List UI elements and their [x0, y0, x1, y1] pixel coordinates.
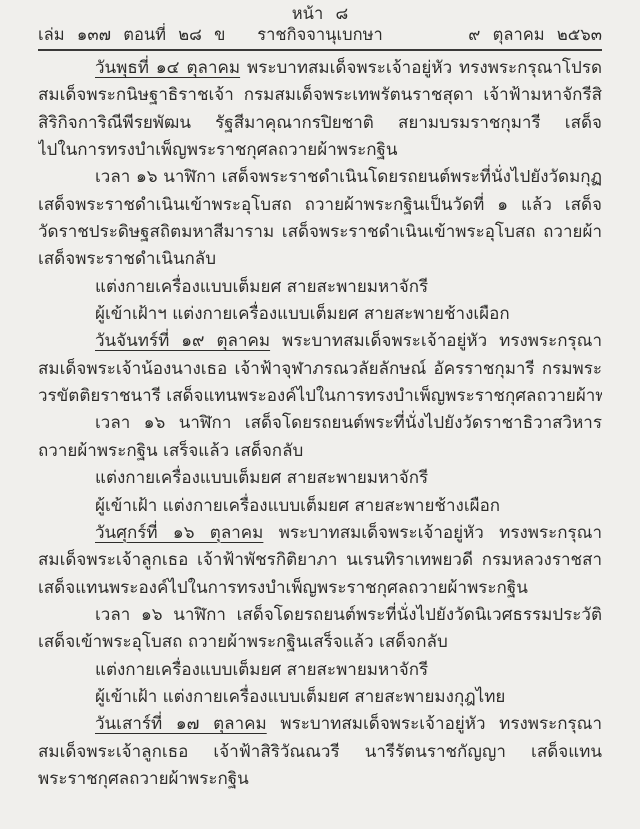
document-line: สิริกิจการิณีพีรยพัฒน รัฐสีมาคุณากรปิยชา…	[38, 110, 602, 137]
document-line: เสด็จเข้าพระอุโบสถ ถวายผ้าพระกฐินเสร็จแล…	[38, 629, 602, 656]
date-heading: วันจันทร์ที่ ๑๙ ตุลาคม	[95, 331, 270, 351]
document-line: เวลา ๑๖ นาฬิกา เสด็จโดยรถยนต์พระที่นั่งไ…	[38, 410, 602, 437]
document-line: วันศุกร์ที่ ๑๖ ตุลาคม พระบาทสมเด็จพระเจ้…	[38, 520, 602, 547]
document-line: ผู้เข้าเฝ้า แต่งกายเครื่องแบบเต็มยศ สายส…	[38, 684, 602, 711]
document-line: วัดราชประดิษฐสถิตมหาสีมาราม เสด็จพระราชด…	[38, 219, 602, 246]
issue-date: ๙ ตุลาคม ๒๕๖๓	[383, 25, 602, 45]
document-line: ถวายผ้าพระกฐิน เสร็จแล้ว เสด็จกลับ	[38, 438, 602, 465]
document-line: ผู้เข้าเฝ้าฯ แต่งกายเครื่องแบบเต็มยศ สาย…	[38, 301, 602, 328]
document-line: สมเด็จพระเจ้าน้องนางเธอ เจ้าฟ้าจุฬาภรณวล…	[38, 356, 602, 383]
document-line: พระราชกุศลถวายผ้าพระกฐิน	[38, 766, 602, 793]
document-line: แต่งกายเครื่องแบบเต็มยศ สายสะพายมหาจักรี	[38, 274, 602, 301]
document-line: เวลา ๑๖ นาฬิกา เสด็จโดยรถยนต์พระที่นั่งไ…	[38, 602, 602, 629]
document-line: เสด็จพระราชดำเนินเข้าพระอุโบสถ ถวายผ้าพร…	[38, 192, 602, 219]
document-line: แต่งกายเครื่องแบบเต็มยศ สายสะพายมหาจักรี	[38, 657, 602, 684]
document-line: ไปในการทรงบำเพ็ญพระราชกุศลถวายผ้าพระกฐิน	[38, 137, 602, 164]
date-heading: วันเสาร์ที่ ๑๗ ตุลาคม	[95, 714, 267, 734]
document-line: เสด็จพระราชดำเนินกลับ	[38, 246, 602, 273]
page-number-label: หน้า ๘	[38, 3, 602, 24]
date-heading: วันพุธที่ ๑๔ ตุลาคม	[95, 58, 240, 78]
document-line: วรขัตติยราชนารี เสด็จแทนพระองค์ไปในการทร…	[38, 383, 602, 410]
document-line: สมเด็จพระเจ้าลูกเธอ เจ้าฟ้าพัชรกิติยาภา …	[38, 547, 602, 574]
document-line: ผู้เข้าเฝ้า แต่งกายเครื่องแบบเต็มยศ สายส…	[38, 493, 602, 520]
document-line: แต่งกายเครื่องแบบเต็มยศ สายสะพายมหาจักรี	[38, 465, 602, 492]
date-heading: วันศุกร์ที่ ๑๖ ตุลาคม	[95, 523, 263, 543]
volume-part-label: เล่ม ๑๓๗ ตอนที่ ๒๘ ข	[38, 25, 257, 45]
document-line: วันพุธที่ ๑๔ ตุลาคม พระบาทสมเด็จพระเจ้าอ…	[38, 55, 602, 82]
document-body: วันพุธที่ ๑๔ ตุลาคม พระบาทสมเด็จพระเจ้าอ…	[38, 55, 602, 793]
document-line: วันเสาร์ที่ ๑๗ ตุลาคม พระบาทสมเด็จพระเจ้…	[38, 711, 602, 738]
gazette-page: หน้า ๘ เล่ม ๑๓๗ ตอนที่ ๒๘ ข ราชกิจจานุเบ…	[0, 0, 640, 829]
document-line: สมเด็จพระกนิษฐาธิราชเจ้า กรมสมเด็จพระเทพ…	[38, 82, 602, 109]
document-line: เสด็จแทนพระองค์ไปในการทรงบำเพ็ญพระราชกุศ…	[38, 575, 602, 602]
document-line: วันจันทร์ที่ ๑๙ ตุลาคม พระบาทสมเด็จพระเจ…	[38, 328, 602, 355]
document-line: สมเด็จพระเจ้าลูกเธอ เจ้าฟ้าสิริวัณณวรี น…	[38, 739, 602, 766]
document-line: เวลา ๑๖ นาฬิกา เสด็จพระราชดำเนินโดยรถยนต…	[38, 164, 602, 191]
header-divider	[38, 49, 602, 51]
masthead: เล่ม ๑๓๗ ตอนที่ ๒๘ ข ราชกิจจานุเบกษา ๙ ต…	[38, 25, 602, 45]
gazette-name: ราชกิจจานุเบกษา	[257, 25, 382, 45]
